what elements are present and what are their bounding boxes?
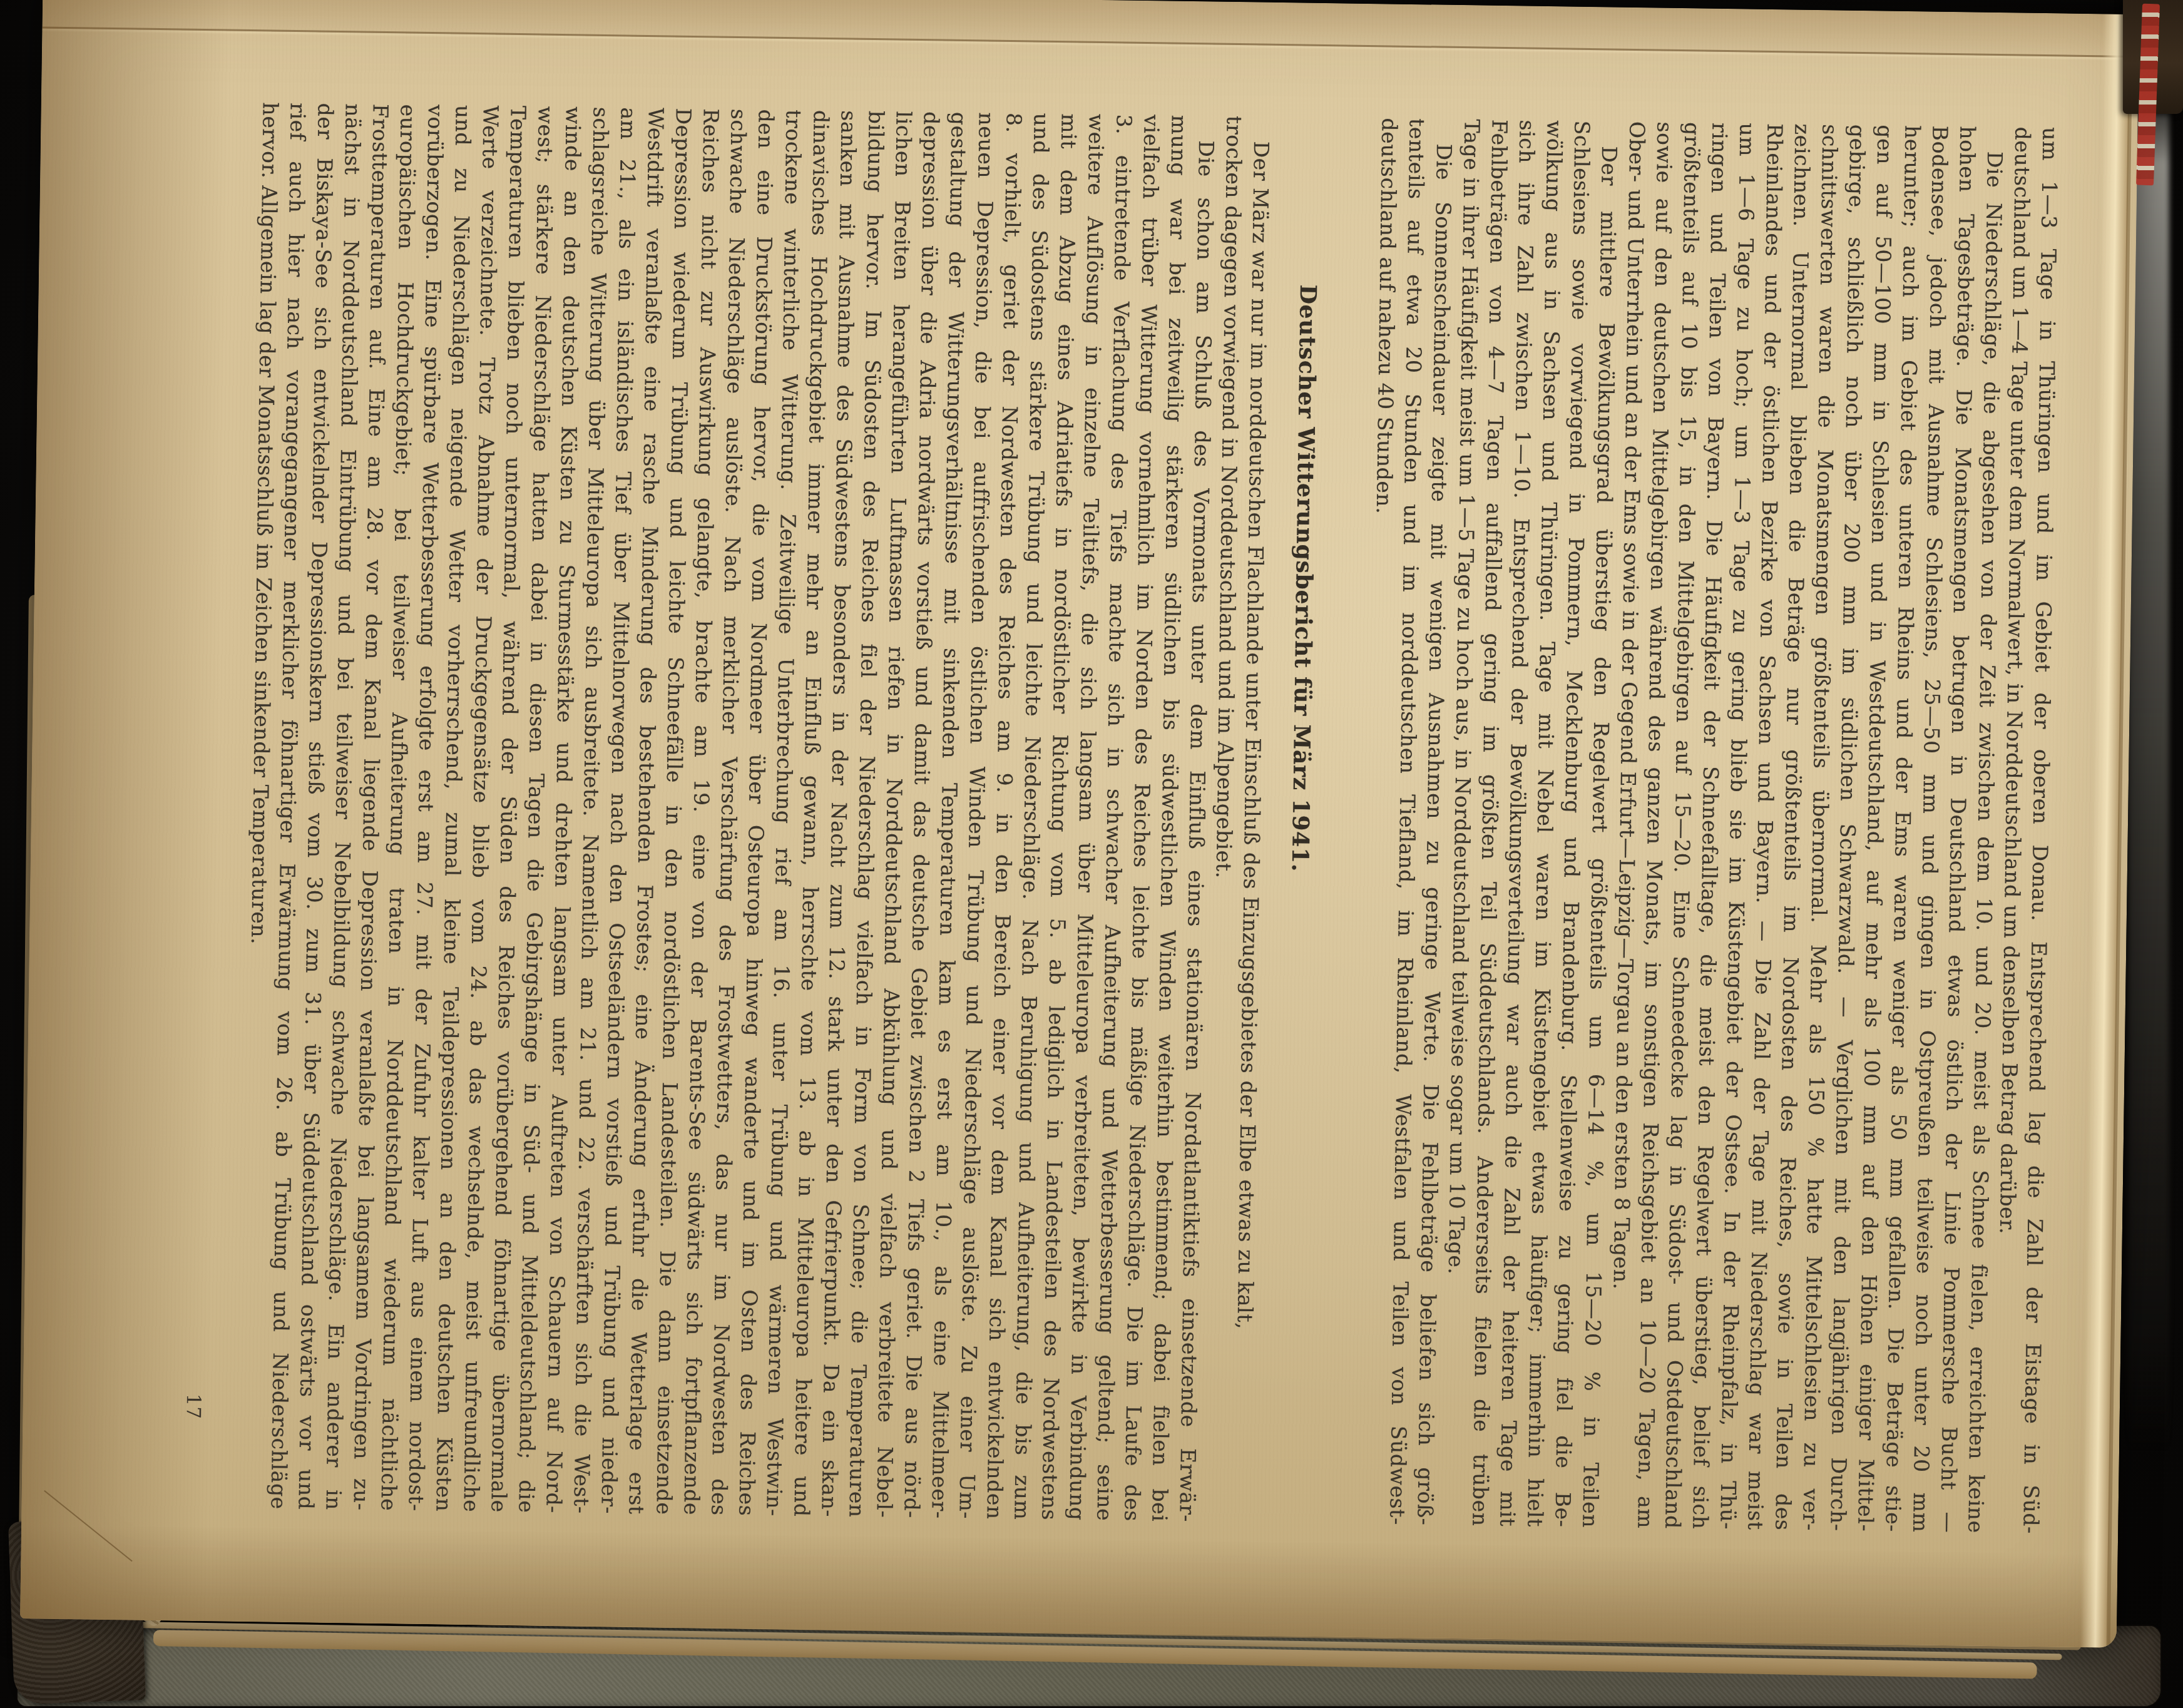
paragraph: Der mittlere Bewölkungsgrad überstieg de…: [1438, 119, 1623, 1528]
page: um 1—3 Tage in Thüringen und im Gebiet d…: [20, 0, 2139, 1648]
paragraph: Die Niederschläge, die abgesehen von der…: [1603, 121, 2008, 1533]
paragraph: Die schon am Schluß des Vormonats unter …: [237, 102, 1220, 1522]
spine-head: [2123, 0, 2183, 114]
page-reading-surface: um 1—3 Tage in Thüringen und im Gebiet d…: [20, 0, 2139, 1648]
text-column: um 1—3 Tage in Thüringen und im Gebiet d…: [180, 101, 2063, 1534]
page-paper: um 1—3 Tage in Thüringen und im Gebiet d…: [20, 0, 2139, 1648]
page-number: 17: [180, 101, 222, 1508]
photo-background: um 1—3 Tage in Thüringen und im Gebiet d…: [0, 0, 2183, 1708]
section-heading: Deutscher Witterungsbericht für März 194…: [1274, 284, 1324, 1524]
